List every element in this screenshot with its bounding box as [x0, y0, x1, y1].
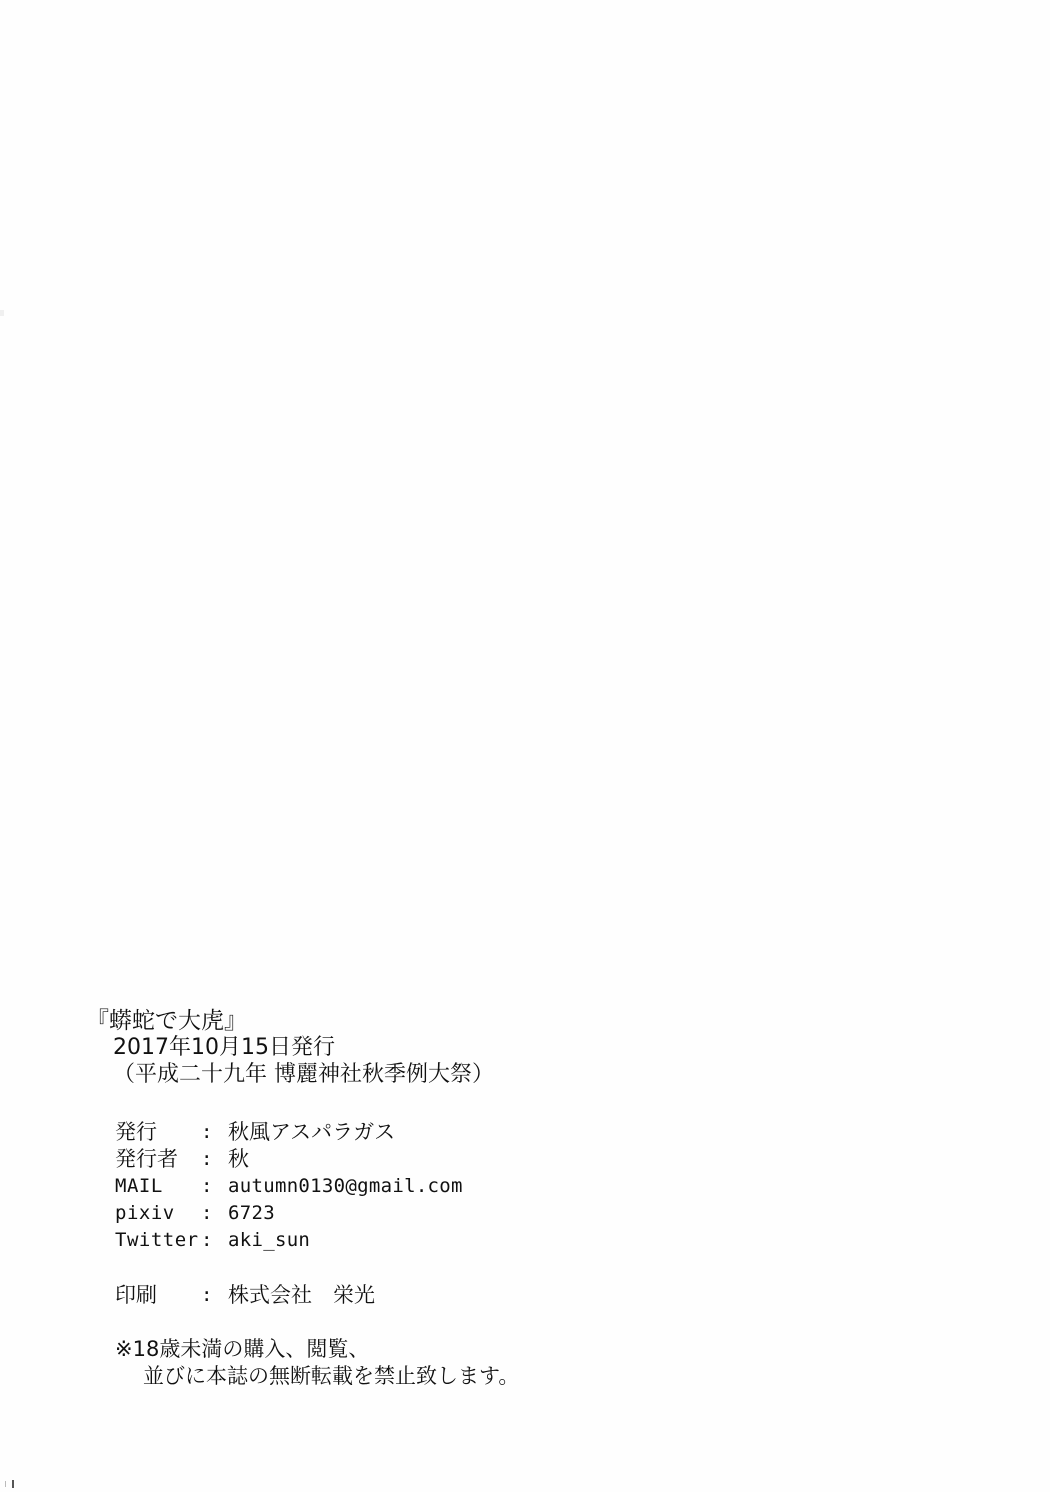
author-value: 秋	[228, 1146, 249, 1172]
separator-colon: :	[201, 1146, 212, 1172]
separator-colon: :	[201, 1173, 212, 1199]
separator-colon: :	[201, 1200, 212, 1226]
twitter-value: aki_sun	[228, 1227, 310, 1253]
age-restriction-notice-line1: ※18歳未満の購入、閲覧、	[115, 1336, 369, 1362]
twitter-label: Twitter	[115, 1227, 199, 1253]
document-page: 『蟒蛇で大虎』 2017年10月15日発行 （平成二十九年 博麗神社秋季例大祭）…	[0, 0, 1050, 1492]
separator-colon: :	[201, 1119, 212, 1145]
mail-value: autumn0130@gmail.com	[228, 1173, 463, 1199]
scan-artifact	[0, 310, 4, 316]
mail-label: MAIL	[115, 1173, 163, 1199]
printer-label: 印刷	[115, 1282, 157, 1308]
publisher-label: 発行	[115, 1119, 157, 1145]
author-label: 発行者	[115, 1146, 178, 1172]
colophon: 『蟒蛇で大虎』 2017年10月15日発行 （平成二十九年 博麗神社秋季例大祭）…	[0, 0, 1050, 1492]
scan-artifact	[12, 1480, 14, 1488]
separator-colon: :	[201, 1227, 212, 1253]
separator-colon: :	[201, 1282, 212, 1308]
printer-value: 株式会社 栄光	[228, 1282, 375, 1308]
pixiv-label: pixiv	[115, 1200, 175, 1226]
publish-date: 2017年10月15日発行	[113, 1035, 335, 1061]
scan-artifact	[5, 1481, 6, 1487]
book-title: 『蟒蛇で大虎』	[86, 1008, 247, 1034]
age-restriction-notice-line2: 並びに本誌の無断転載を禁止致します。	[143, 1363, 519, 1389]
publisher-value: 秋風アスパラガス	[228, 1119, 395, 1145]
pixiv-value: 6723	[228, 1200, 275, 1226]
event-name: （平成二十九年 博麗神社秋季例大祭）	[113, 1062, 494, 1088]
